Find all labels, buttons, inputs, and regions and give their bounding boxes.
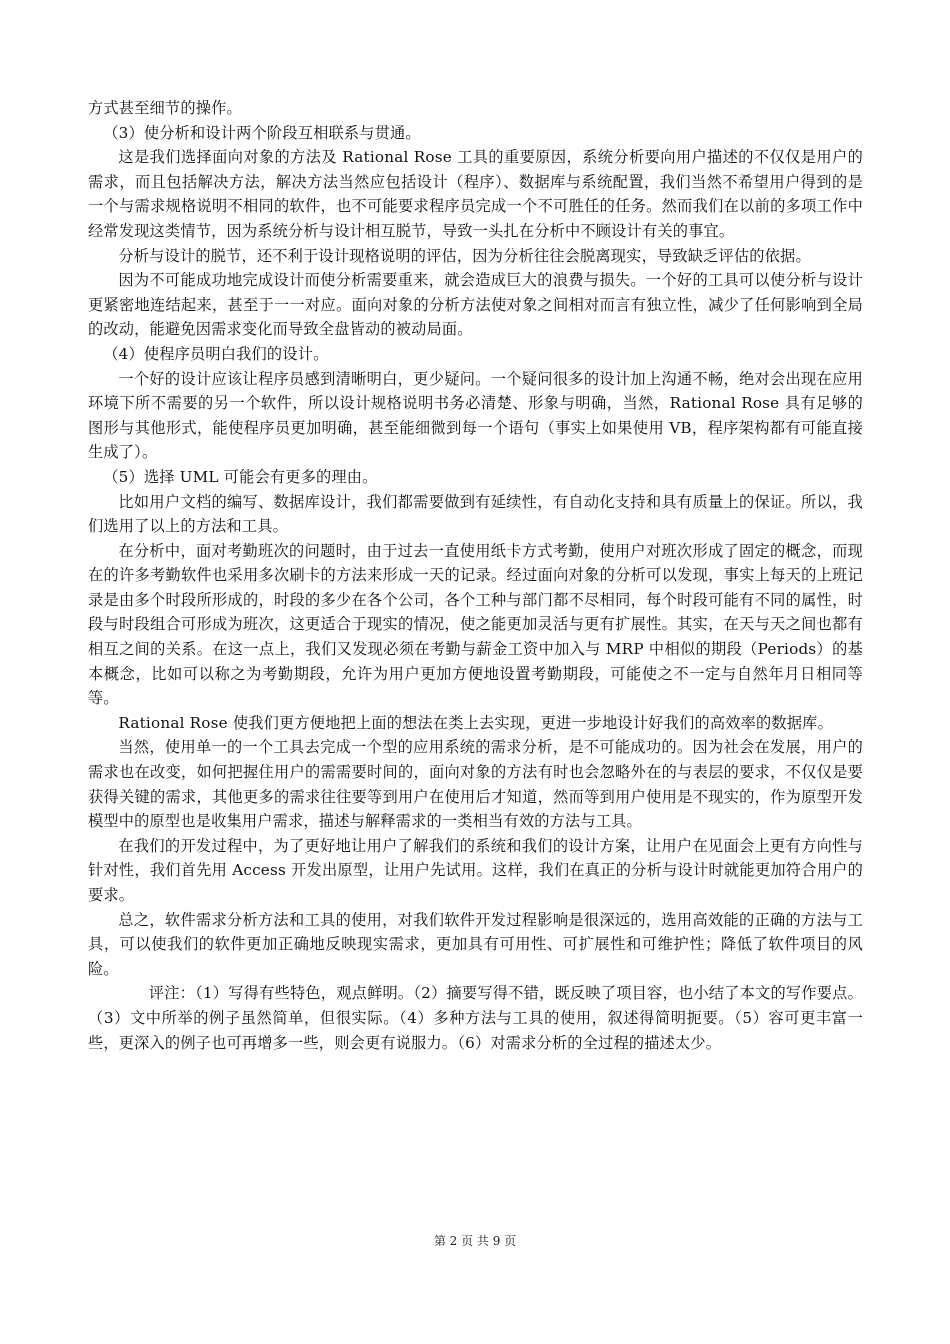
- page-indicator: 第 2 页 共 9 页: [434, 1234, 516, 1248]
- paragraph: Rational Rose 使我们更方便地把上面的想法在类上去实现，更进一步地设…: [88, 711, 863, 736]
- paragraph: 当然，使用单一的一个工具去完成一个型的应用系统的需求分析，是不可能成功的。因为社…: [88, 735, 863, 833]
- list-item-4: （4）使程序员明白我们的设计。: [88, 342, 863, 367]
- paragraph: 比如用户文档的编写、数据库设计，我们都需要做到有延续性，有自动化支持和具有质量上…: [88, 490, 863, 539]
- list-item-5: （5）选择 UML 可能会有更多的理由。: [88, 465, 863, 490]
- review-comment: 评注：（1）写得有些特色，观点鲜明。（2）摘要写得不错，既反映了项目容，也小结了…: [88, 981, 863, 1055]
- paragraph-continuation: 方式甚至细节的操作。: [88, 96, 863, 121]
- paragraph: 在我们的开发过程中，为了更好地让用户了解我们的系统和我们的设计方案，让用户在见面…: [88, 834, 863, 908]
- paragraph: 因为不可能成功地完成设计而使分析需要重来，就会造成巨大的浪费与损失。一个好的工具…: [88, 268, 863, 342]
- paragraph: 在分析中，面对考勤班次的问题时，由于过去一直使用纸卡方式考勤，使用户对班次形成了…: [88, 539, 863, 711]
- paragraph: 这是我们选择面向对象的方法及 Rational Rose 工具的重要原因，系统分…: [88, 145, 863, 243]
- paragraph: 分析与设计的脱节，还不利于设计现格说明的评估，因为分析往往会脱离现实，导致缺乏评…: [88, 244, 863, 269]
- paragraph: 一个好的设计应该让程序员感到清晰明白，更少疑问。一个疑问很多的设计加上沟通不畅，…: [88, 367, 863, 465]
- page-footer: 第 2 页 共 9 页: [0, 1232, 950, 1249]
- document-body: 方式甚至细节的操作。 （3）使分析和设计两个阶段互相联系与贯通。 这是我们选择面…: [88, 96, 863, 1055]
- paragraph: 总之，软件需求分析方法和工具的使用，对我们软件开发过程影响是很深远的，选用高效能…: [88, 908, 863, 982]
- list-item-3: （3）使分析和设计两个阶段互相联系与贯通。: [88, 121, 863, 146]
